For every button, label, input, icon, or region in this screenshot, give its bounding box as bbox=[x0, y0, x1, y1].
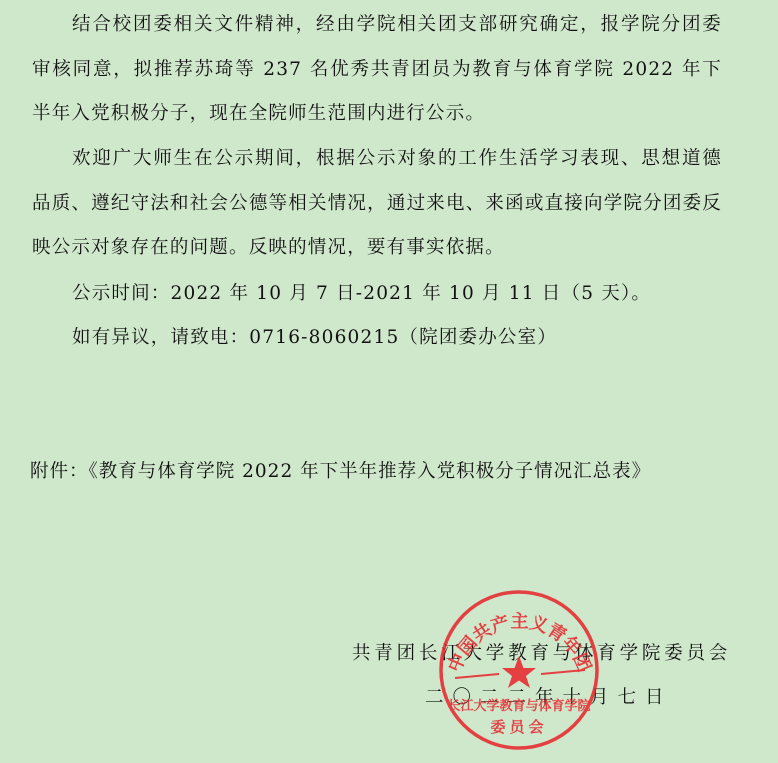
stamp-bottom-line1: 长江大学教育与体育学院 bbox=[447, 698, 590, 714]
paragraph-nomination: 结合校团委相关文件精神，经由学院相关团支部研究确定，报学院分团委审核同意，拟推荐… bbox=[32, 3, 722, 137]
attachment-link[interactable]: 附件：《教育与体育学院 2022 年下半年推荐入党积极分子情况汇总表》 bbox=[30, 452, 651, 492]
paragraph-period: 公示时间：2022 年 10 月 7 日-2021 年 10 月 11 日（5 … bbox=[32, 272, 722, 317]
paragraph-contact: 如有异议，请致电：0716-8060215（院团委办公室） bbox=[32, 316, 722, 361]
paragraph-feedback: 欢迎广大师生在公示期间，根据公示对象的工作生活学习表现、思想道德品质、遵纪守法和… bbox=[32, 137, 722, 271]
official-seal-stamp-icon: 中国共产主义青年团 长江大学教育与体育学院 委员会 bbox=[437, 588, 602, 753]
stamp-bottom-line2: 委员会 bbox=[490, 718, 547, 736]
